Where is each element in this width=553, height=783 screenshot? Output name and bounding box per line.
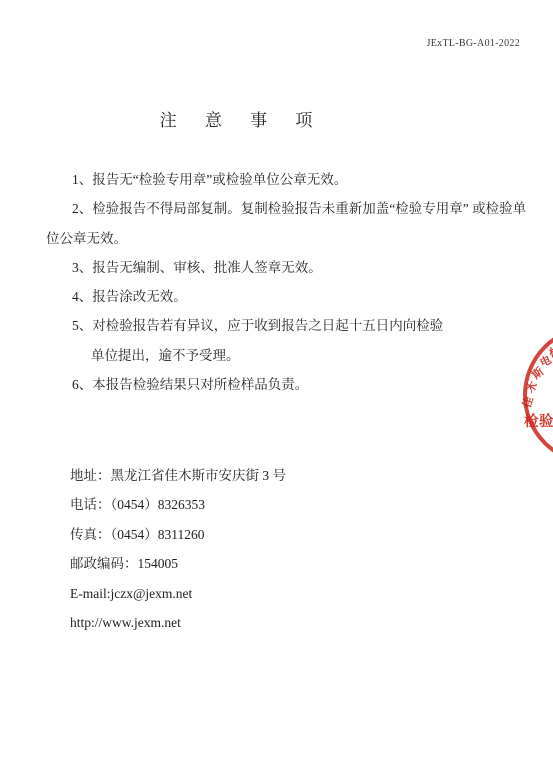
document-page: JExTL-BG-A01-2022 注 意 事 项 1、报告无“检验专用章”或检… [0,0,553,783]
notice-line-1: 1、报告无“检验专用章”或检验单位公章无效。 [72,165,553,194]
contact-address: 地址：黑龙江省佳木斯市安庆街 3 号 [70,461,553,490]
notice-line-3: 3、报告无编制、审核、批准人签章无效。 [72,253,553,282]
contact-postcode: 邮政编码：154005 [70,549,553,578]
contact-phone: 电话：（0454）8326353 [70,490,553,519]
contact-website: http://www.jexm.net [70,608,553,637]
notice-list: 1、报告无“检验专用章”或检验单位公章无效。 2、检验报告不得局部复制。复制检验… [0,165,553,399]
notice-line-6: 6、本报告检验结果只对所检样品负责。 [72,370,553,399]
notice-line-5: 5、对检验报告若有异议，应于收到报告之日起十五日内向检验 [72,311,553,340]
stamp-center-text: 检验专用章 [524,410,553,431]
notice-line-2-continued: 位公章无效。 [46,224,553,253]
contact-fax: 传真：（0454）8311260 [70,520,553,549]
notice-line-2: 2、检验报告不得局部复制。复制检验报告未重新加盖“检验专用章” 或检验单 [72,194,553,223]
contact-email: E-mail:jczx@jexm.net [70,579,553,608]
notice-line-4: 4、报告涂改无效。 [72,282,553,311]
document-code: JExTL-BG-A01-2022 [427,38,520,49]
notice-line-5-continued: 单位提出，逾不予受理。 [91,341,553,370]
contact-block: 地址：黑龙江省佳木斯市安庆街 3 号 电话：（0454）8326353 传真：（… [0,461,553,637]
page-title: 注 意 事 项 [0,106,484,131]
